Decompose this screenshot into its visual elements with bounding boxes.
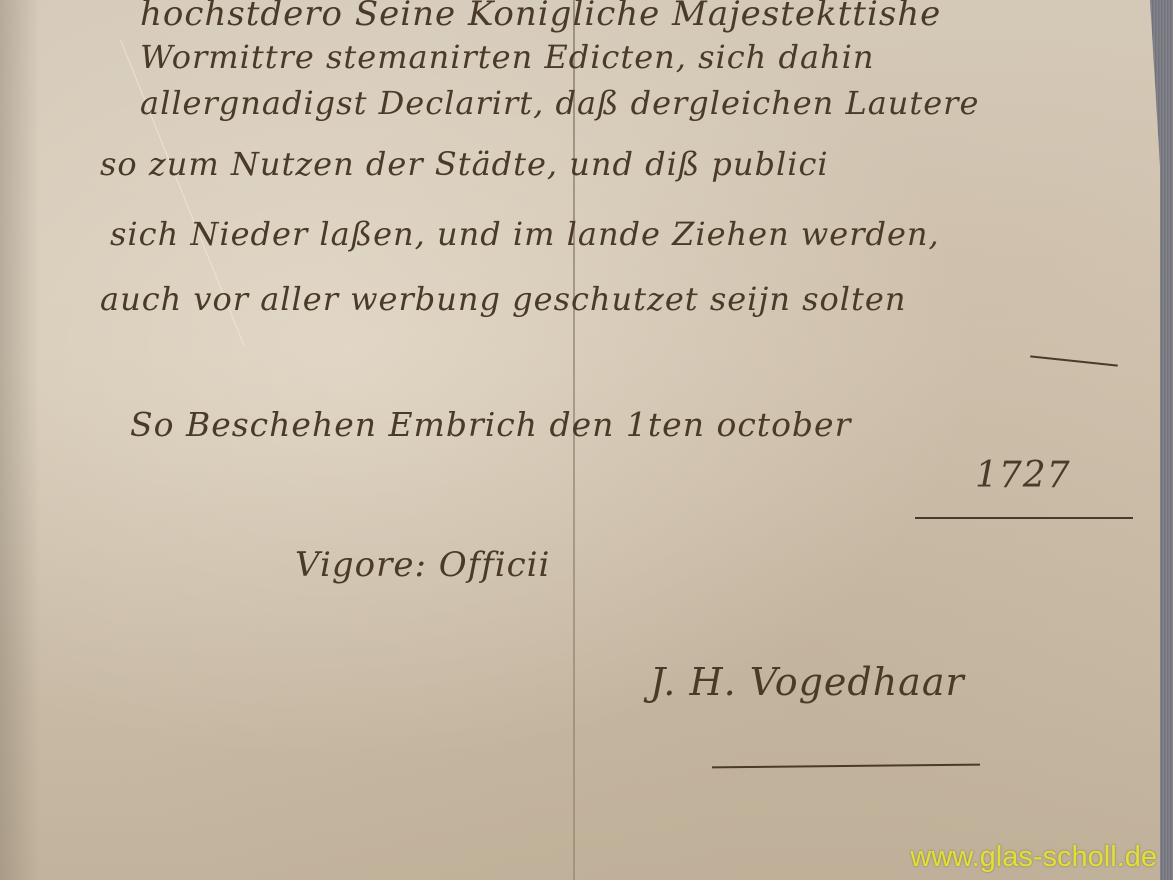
text-line-5: sich Nieder laßen, und im lande Ziehen w…: [110, 215, 940, 253]
signature: J. H. Vogedhaar: [650, 660, 965, 704]
watermark-url: www.glas-scholl.de: [910, 841, 1157, 874]
text-line-2: Wormittre stemanirten Edicten, sich dahi…: [140, 38, 874, 76]
text-line-3: allergnadigst Declarirt, daß dergleichen…: [140, 84, 979, 122]
page-shadow: [0, 0, 40, 880]
closing-formula: Vigore: Officii: [295, 545, 550, 585]
manuscript-page: hochstdero Seine Konigliche Majestekttis…: [0, 0, 1160, 880]
line-end-flourish: [1030, 355, 1118, 366]
text-line-6: auch vor aller werbung geschutzet seijn …: [100, 280, 906, 318]
text-line-4: so zum Nutzen der Städte, und diß public…: [100, 145, 829, 183]
date-line: So Beschehen Embrich den 1ten october: [130, 405, 851, 444]
year-underline: [915, 517, 1133, 519]
signature-underline: [712, 764, 980, 769]
date-year: 1727: [975, 455, 1071, 496]
text-line-1: hochstdero Seine Konigliche Majestekttis…: [140, 0, 941, 34]
